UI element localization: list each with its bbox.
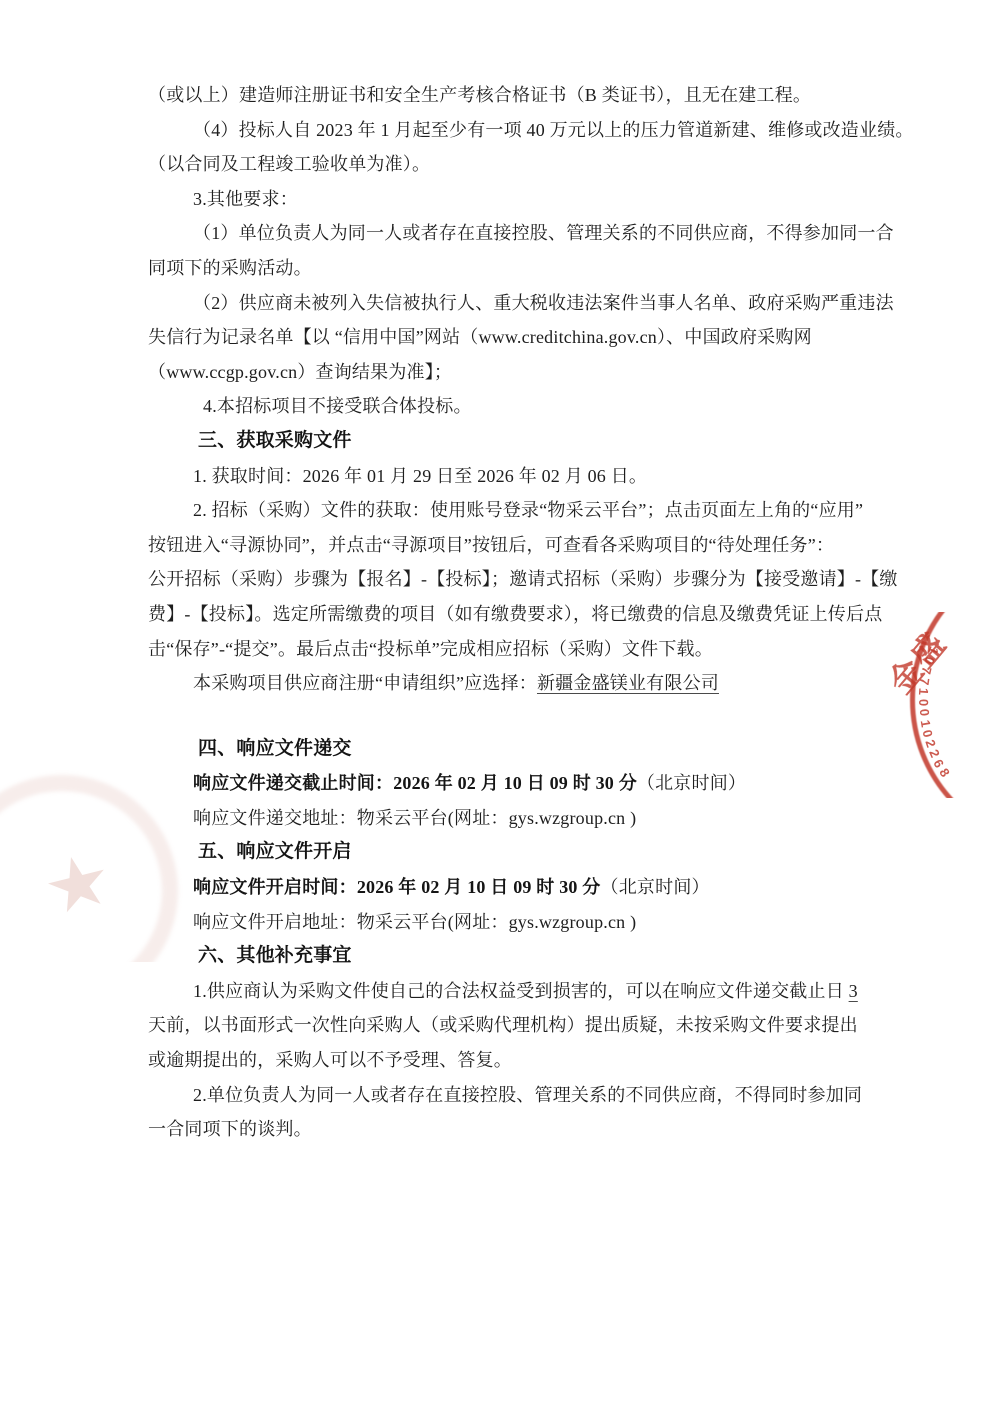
text-line: 或逾期提出的，采购人可以不予受理、答复。 <box>148 1043 880 1078</box>
text-segment: （北京时间） <box>601 877 710 897</box>
text-line: 2.单位负责人为同一人或者存在直接控股、管理关系的不同供应商，不得同时参加同 <box>148 1078 880 1113</box>
text-segment: 1. 获取时间：2026 年 01 月 29 日至 2026 年 02 月 06… <box>193 466 647 486</box>
text-segment: 响应文件递交地址：物采云平台(网址：gys.wzgroup.cn ) <box>193 808 636 828</box>
text-segment: 六、其他补充事宜 <box>198 945 352 966</box>
section-heading: 六、其他补充事宜 <box>148 939 880 974</box>
seal-serial-digit: 0 <box>916 708 932 717</box>
text-segment: 新疆金盛镁业有限公司 <box>537 673 719 693</box>
seal-serial-digit: 1 <box>918 718 934 728</box>
text-segment: （或以上）建造师注册证书和安全生产考核合格证书（B 类证书），且无在建工程。 <box>148 85 811 105</box>
seal-serial-digit: 1 <box>916 687 931 695</box>
text-segment: 天前，以书面形式一次性向采购人（或采购代理机构）提出质疑，未按采购文件要求提出 <box>148 1015 858 1035</box>
text-line: 天前，以书面形式一次性向采购人（或采购代理机构）提出质疑，未按采购文件要求提出 <box>148 1008 880 1043</box>
text-line: 公开招标（采购）步骤为【报名】-【投标】；邀请式招标（采购）步骤分为【接受邀请】… <box>148 562 880 597</box>
text-line: 响应文件开启地址：物采云平台(网址：gys.wzgroup.cn ) <box>148 905 880 940</box>
text-segment: 本采购项目供应商注册“申请组织”应选择： <box>193 673 537 693</box>
section-heading: 四、响应文件递交 <box>148 732 880 767</box>
text-segment: （以合同及工程竣工验收单为准）。 <box>148 154 430 174</box>
text-segment: 三、获取采购文件 <box>198 430 352 451</box>
section-heading: 五、响应文件开启 <box>148 835 880 870</box>
text-line: 本采购项目供应商注册“申请组织”应选择：新疆金盛镁业有限公司 <box>148 666 880 701</box>
seal-glyphs: 金盛 <box>880 620 955 702</box>
text-line: 响应文件递交截止时间：2026 年 02 月 10 日 09 时 30 分（北京… <box>148 766 880 801</box>
text-line: 2. 招标（采购）文件的获取：使用账号登录“物采云平台”；点击页面左上角的“应用… <box>148 493 880 528</box>
text-segment: 2026 年 02 月 10 日 09 时 30 分 <box>393 773 637 793</box>
text-segment: 费】-【投标】。选定所需缴费的项目（如有缴费要求），将已缴费的信息及缴费凭证上传… <box>148 604 882 624</box>
text-segment: 3.其他要求： <box>193 189 298 209</box>
text-segment: （1）单位负责人为同一人或者存在直接控股、管理关系的不同供应商，不得参加同一合 <box>193 223 894 243</box>
text-line: （2）供应商未被列入失信被执行人、重大税收违法案件当事人名单、政府采购严重违法 <box>148 286 880 321</box>
text-segment: 响应文件递交截止时间： <box>193 773 393 793</box>
seal-serial-digit: 8 <box>936 766 953 780</box>
text-segment: 击“保存”-“提交”。最后点击“投标单”完成相应招标（采购）文件下载。 <box>148 639 713 659</box>
seal-serial-digit: 0 <box>920 728 936 739</box>
text-segment: 2026 年 02 月 10 日 09 时 30 分 <box>357 877 601 897</box>
text-segment: 失信行为记录名单【以 “信用中国”网站（www.creditchina.gov.… <box>148 327 812 347</box>
text-segment: （北京时间） <box>637 773 746 793</box>
text-segment: （4）投标人自 2023 年 1 月起至少有一项 40 万元以上的压力管道新建、… <box>193 120 914 140</box>
seal-serial-digit: 7 <box>919 665 935 675</box>
text-line: 失信行为记录名单【以 “信用中国”网站（www.creditchina.gov.… <box>148 320 880 355</box>
text-segment: 五、响应文件开启 <box>198 841 352 862</box>
text-segment: 2. 招标（采购）文件的获取：使用账号登录“物采云平台”；点击页面左上角的“应用… <box>193 500 863 520</box>
text-line: 响应文件递交地址：物采云平台(网址：gys.wzgroup.cn ) <box>148 801 880 836</box>
scanned-document-page: （或以上）建造师注册证书和安全生产考核合格证书（B 类证书），且无在建工程。（4… <box>0 0 1000 1414</box>
official-seal-stamp: 金盛 8622010017701 <box>880 612 1000 798</box>
text-line: （以合同及工程竣工验收单为准）。 <box>148 147 880 182</box>
text-segment: 按钮进入“寻源协同”，并点击“寻源项目”按钮后，可查看各采购项目的“待处理任务”… <box>148 535 834 555</box>
text-line: 同项下的采购活动。 <box>148 251 880 286</box>
text-line: 1.供应商认为采购文件使自己的合法权益受到损害的，可以在响应文件递交截止日 3 <box>148 974 880 1009</box>
text-line: （www.ccgp.gov.cn）查询结果为准】； <box>148 355 880 390</box>
seal-serial-digit: 7 <box>917 676 933 685</box>
text-line: （4）投标人自 2023 年 1 月起至少有一项 40 万元以上的压力管道新建、… <box>148 113 880 148</box>
seal-serial-digit: 0 <box>921 655 937 666</box>
text-line: 一合同项下的谈判。 <box>148 1112 880 1147</box>
seal-serial-digit: 2 <box>922 738 939 750</box>
section-heading: 三、获取采购文件 <box>148 424 880 459</box>
text-segment: 4.本招标项目不接受联合体投标。 <box>203 396 472 416</box>
text-segment: 响应文件开启时间： <box>193 877 357 897</box>
text-line: 3.其他要求： <box>148 182 880 217</box>
text-line: （或以上）建造师注册证书和安全生产考核合格证书（B 类证书），且无在建工程。 <box>148 78 880 113</box>
text-segment: 或逾期提出的，采购人可以不予受理、答复。 <box>148 1050 512 1070</box>
seal-serial-digit: 6 <box>931 757 948 770</box>
text-segment: 3 <box>849 981 858 1001</box>
text-line: 4.本招标项目不接受联合体投标。 <box>148 389 880 424</box>
seal-serial-digit: 2 <box>926 747 943 760</box>
text-line: （1）单位负责人为同一人或者存在直接控股、管理关系的不同供应商，不得参加同一合 <box>148 216 880 251</box>
seal-serial-digit: 0 <box>916 698 931 705</box>
text-line: 按钮进入“寻源协同”，并点击“寻源项目”按钮后，可查看各采购项目的“待处理任务”… <box>148 528 880 563</box>
text-segment: 响应文件开启地址：物采云平台(网址：gys.wzgroup.cn ) <box>193 912 636 932</box>
text-segment: 公开招标（采购）步骤为【报名】-【投标】；邀请式招标（采购）步骤分为【接受邀请】… <box>148 569 898 589</box>
text-segment: 四、响应文件递交 <box>198 738 352 759</box>
text-line: 击“保存”-“提交”。最后点击“投标单”完成相应招标（采购）文件下载。 <box>148 632 880 667</box>
paragraph-gap <box>148 701 880 732</box>
text-segment: （www.ccgp.gov.cn）查询结果为准】； <box>148 362 452 382</box>
text-line: 费】-【投标】。选定所需缴费的项目（如有缴费要求），将已缴费的信息及缴费凭证上传… <box>148 597 880 632</box>
text-segment: 2.单位负责人为同一人或者存在直接控股、管理关系的不同供应商，不得同时参加同 <box>193 1085 862 1105</box>
seal-serial-digit: 1 <box>925 644 942 656</box>
text-segment: 1.供应商认为采购文件使自己的合法权益受到损害的，可以在响应文件递交截止日 <box>193 981 849 1001</box>
star-icon <box>42 850 114 921</box>
text-line: 1. 获取时间：2026 年 01 月 29 日至 2026 年 02 月 06… <box>148 459 880 494</box>
text-segment: 一合同项下的谈判。 <box>148 1119 312 1139</box>
text-line: 响应文件开启时间：2026 年 02 月 10 日 09 时 30 分（北京时间… <box>148 870 880 905</box>
document-body: （或以上）建造师注册证书和安全生产考核合格证书（B 类证书），且无在建工程。（4… <box>148 78 880 1147</box>
seal-ring <box>910 612 1000 798</box>
text-segment: 同项下的采购活动。 <box>148 258 312 278</box>
text-segment: （2）供应商未被列入失信被执行人、重大税收违法案件当事人名单、政府采购严重违法 <box>193 293 894 313</box>
